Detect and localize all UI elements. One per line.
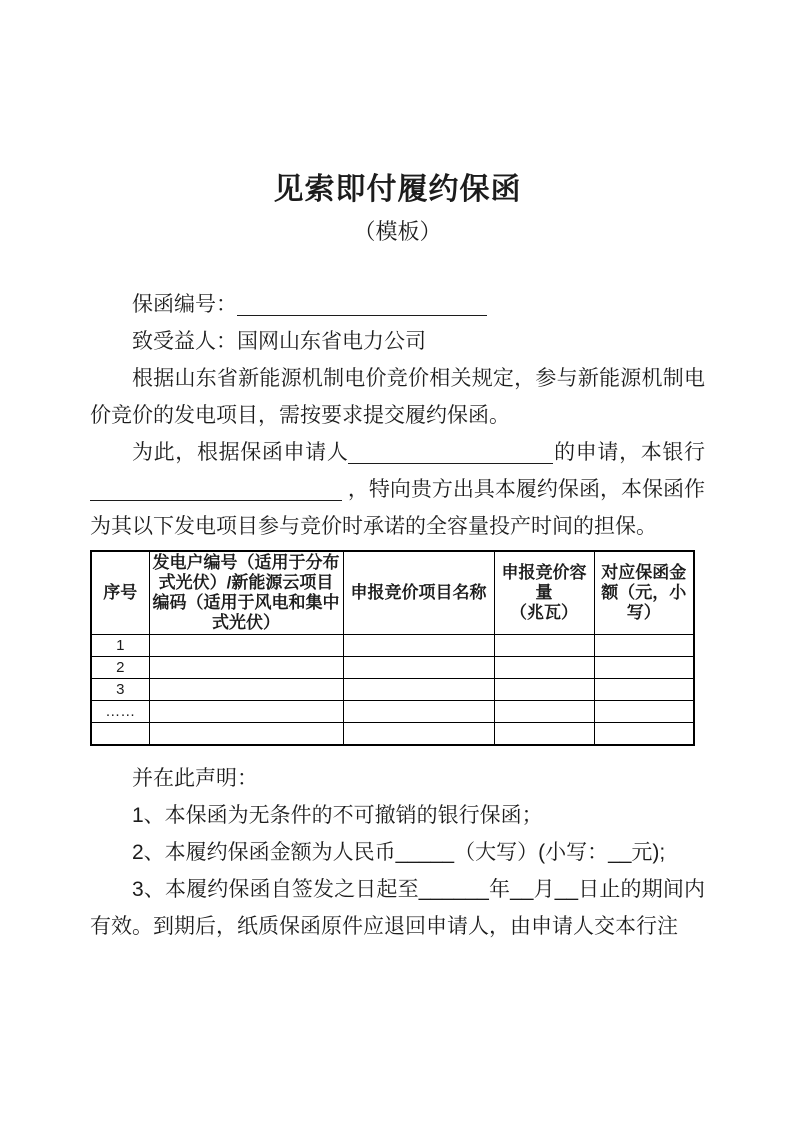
table-cell (494, 679, 594, 701)
table-cell (594, 657, 694, 679)
beneficiary-line: 致受益人：国网山东省电力公司 (90, 323, 705, 360)
header-cell: 发电户编号（适用于分布式光伏）/新能源云项目编码（适用于风电和集中式光伏） (149, 551, 343, 635)
guarantee-number-line: 保函编号： (90, 286, 705, 323)
declaration-item-1: 1、本保函为无条件的不可撤销的银行保函； (90, 797, 705, 834)
table-row: 3 (91, 679, 694, 701)
table-cell (343, 657, 494, 679)
table-row: 2 (91, 657, 694, 679)
header-cell: 对应保函金额（元，小写） (594, 551, 694, 635)
declaration-item-2: 2、本履约保函金额为人民币_____（大写）(小写：__元); (90, 834, 705, 871)
document-title: 见索即付履约保函 (90, 168, 705, 212)
table-cell: 1 (91, 635, 149, 657)
table-cell (149, 723, 343, 746)
table-cell (343, 635, 494, 657)
table-cell (494, 657, 594, 679)
header-cell: 序号 (91, 551, 149, 635)
table-row (91, 723, 694, 746)
table-cell (594, 723, 694, 746)
declaration-intro: 并在此声明： (90, 760, 705, 797)
header-cell: 申报竞价项目名称 (343, 551, 494, 635)
document-subtitle: （模板） (90, 212, 705, 252)
fill-in-blank (237, 289, 487, 316)
table-cell (343, 701, 494, 723)
table-cell (343, 679, 494, 701)
table-cell (149, 679, 343, 701)
declaration-item-3: 3、本履约保函自签发之日起至______年__月__日止的期间内有效。到期后，纸… (90, 871, 705, 945)
table-cell: …… (91, 701, 149, 723)
table-cell (594, 635, 694, 657)
table-cell (91, 723, 149, 746)
table-cell (149, 701, 343, 723)
table-cell (494, 635, 594, 657)
table-cell (343, 723, 494, 746)
table-cell: 3 (91, 679, 149, 701)
table-cell (149, 657, 343, 679)
table-cell (594, 701, 694, 723)
table-header-row: 序号发电户编号（适用于分布式光伏）/新能源云项目编码（适用于风电和集中式光伏）申… (91, 551, 694, 635)
header-cell: 申报竞价容量 （兆瓦） (494, 551, 594, 635)
fill-in-blank (90, 474, 342, 501)
project-guarantee-table: 序号发电户编号（适用于分布式光伏）/新能源云项目编码（适用于风电和集中式光伏）申… (90, 550, 695, 746)
table-cell (594, 679, 694, 701)
fill-in-blank (348, 437, 553, 464)
table-cell (149, 635, 343, 657)
table-row: …… (91, 701, 694, 723)
table-cell: 2 (91, 657, 149, 679)
paragraph-issuance-statement: 为此，根据保函申请人的申请，本银行 ，特向贵方出具本履约保函，本保函作为其以下发… (90, 434, 705, 545)
table-cell (494, 701, 594, 723)
table-cell (494, 723, 594, 746)
table-body: 123…… (91, 635, 694, 746)
document-page: 见索即付履约保函 （模板） 保函编号： 致受益人：国网山东省电力公司 根据山东省… (0, 0, 793, 1122)
paragraph-regulation-basis: 根据山东省新能源机制电价竞价相关规定，参与新能源机制电价竞价的发电项目，需按要求… (90, 360, 705, 434)
table-row: 1 (91, 635, 694, 657)
